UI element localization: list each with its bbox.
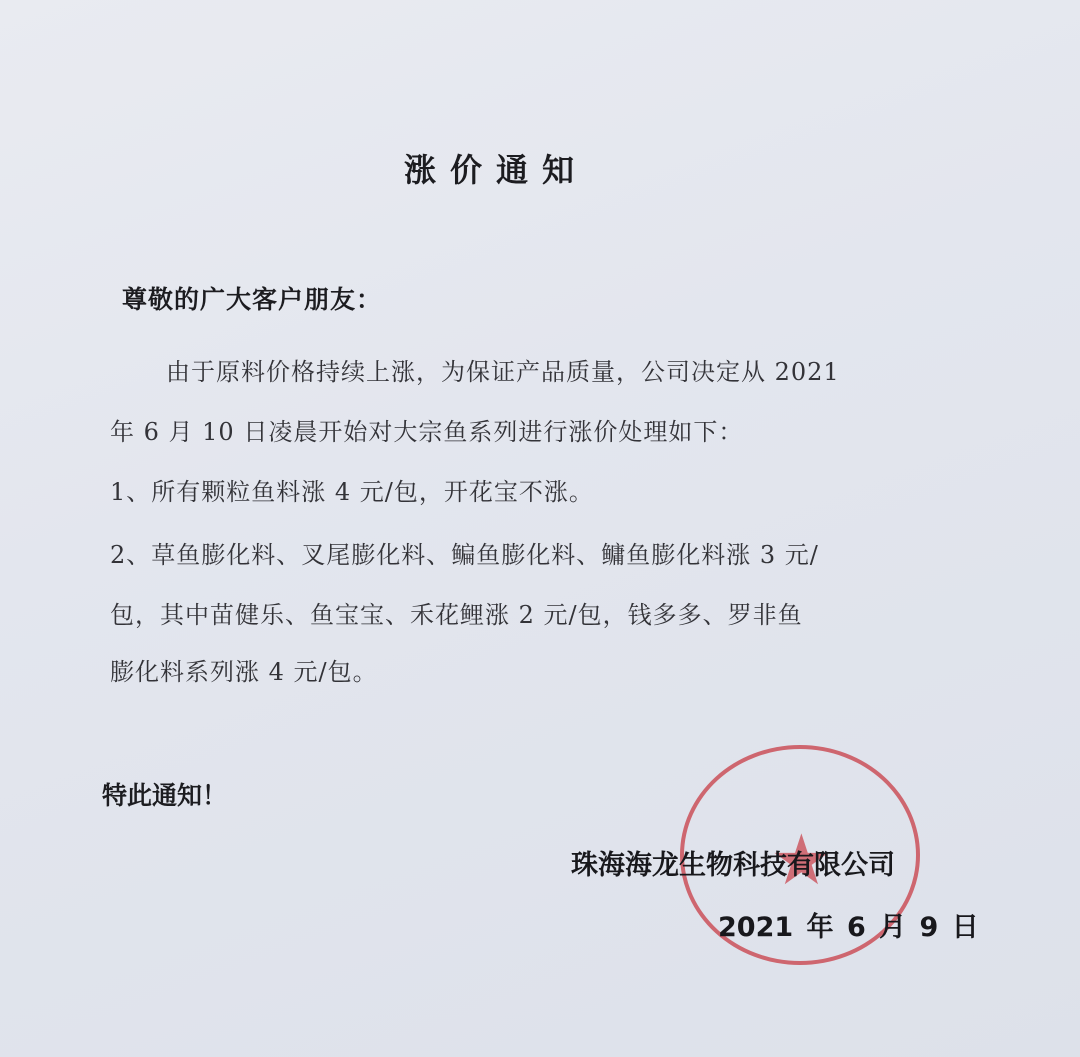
signature-date: 2021 年 6 月 9 日 xyxy=(718,905,979,944)
notice-document: ★ 涨价通知 尊敬的广大客户朋友： 由于原料价格持续上涨，为保证产品质量，公司决… xyxy=(0,0,1080,1057)
body-line: 2、草鱼膨化料、叉尾膨化料、鳊鱼膨化料、鳙鱼膨化料涨 3 元/ xyxy=(110,535,819,570)
body-line: 由于原料价格持续上涨，为保证产品质量，公司决定从 2021 xyxy=(166,352,840,387)
body-line: 膨化料系列涨 4 元/包。 xyxy=(110,652,378,687)
closing-text: 特此通知！ xyxy=(102,776,227,812)
signature-company: 珠海海龙生物科技有限公司 xyxy=(571,843,895,882)
body-line: 包，其中苗健乐、鱼宝宝、禾花鲤涨 2 元/包，钱多多、罗非鱼 xyxy=(110,595,803,630)
salutation: 尊敬的广大客户朋友： xyxy=(122,280,382,316)
body-line: 年 6 月 10 日凌晨开始对大宗鱼系列进行涨价处理如下： xyxy=(110,412,743,447)
body-line: 1、所有颗粒鱼料涨 4 元/包，开花宝不涨。 xyxy=(110,472,594,507)
document-title: 涨价通知 xyxy=(404,145,588,191)
